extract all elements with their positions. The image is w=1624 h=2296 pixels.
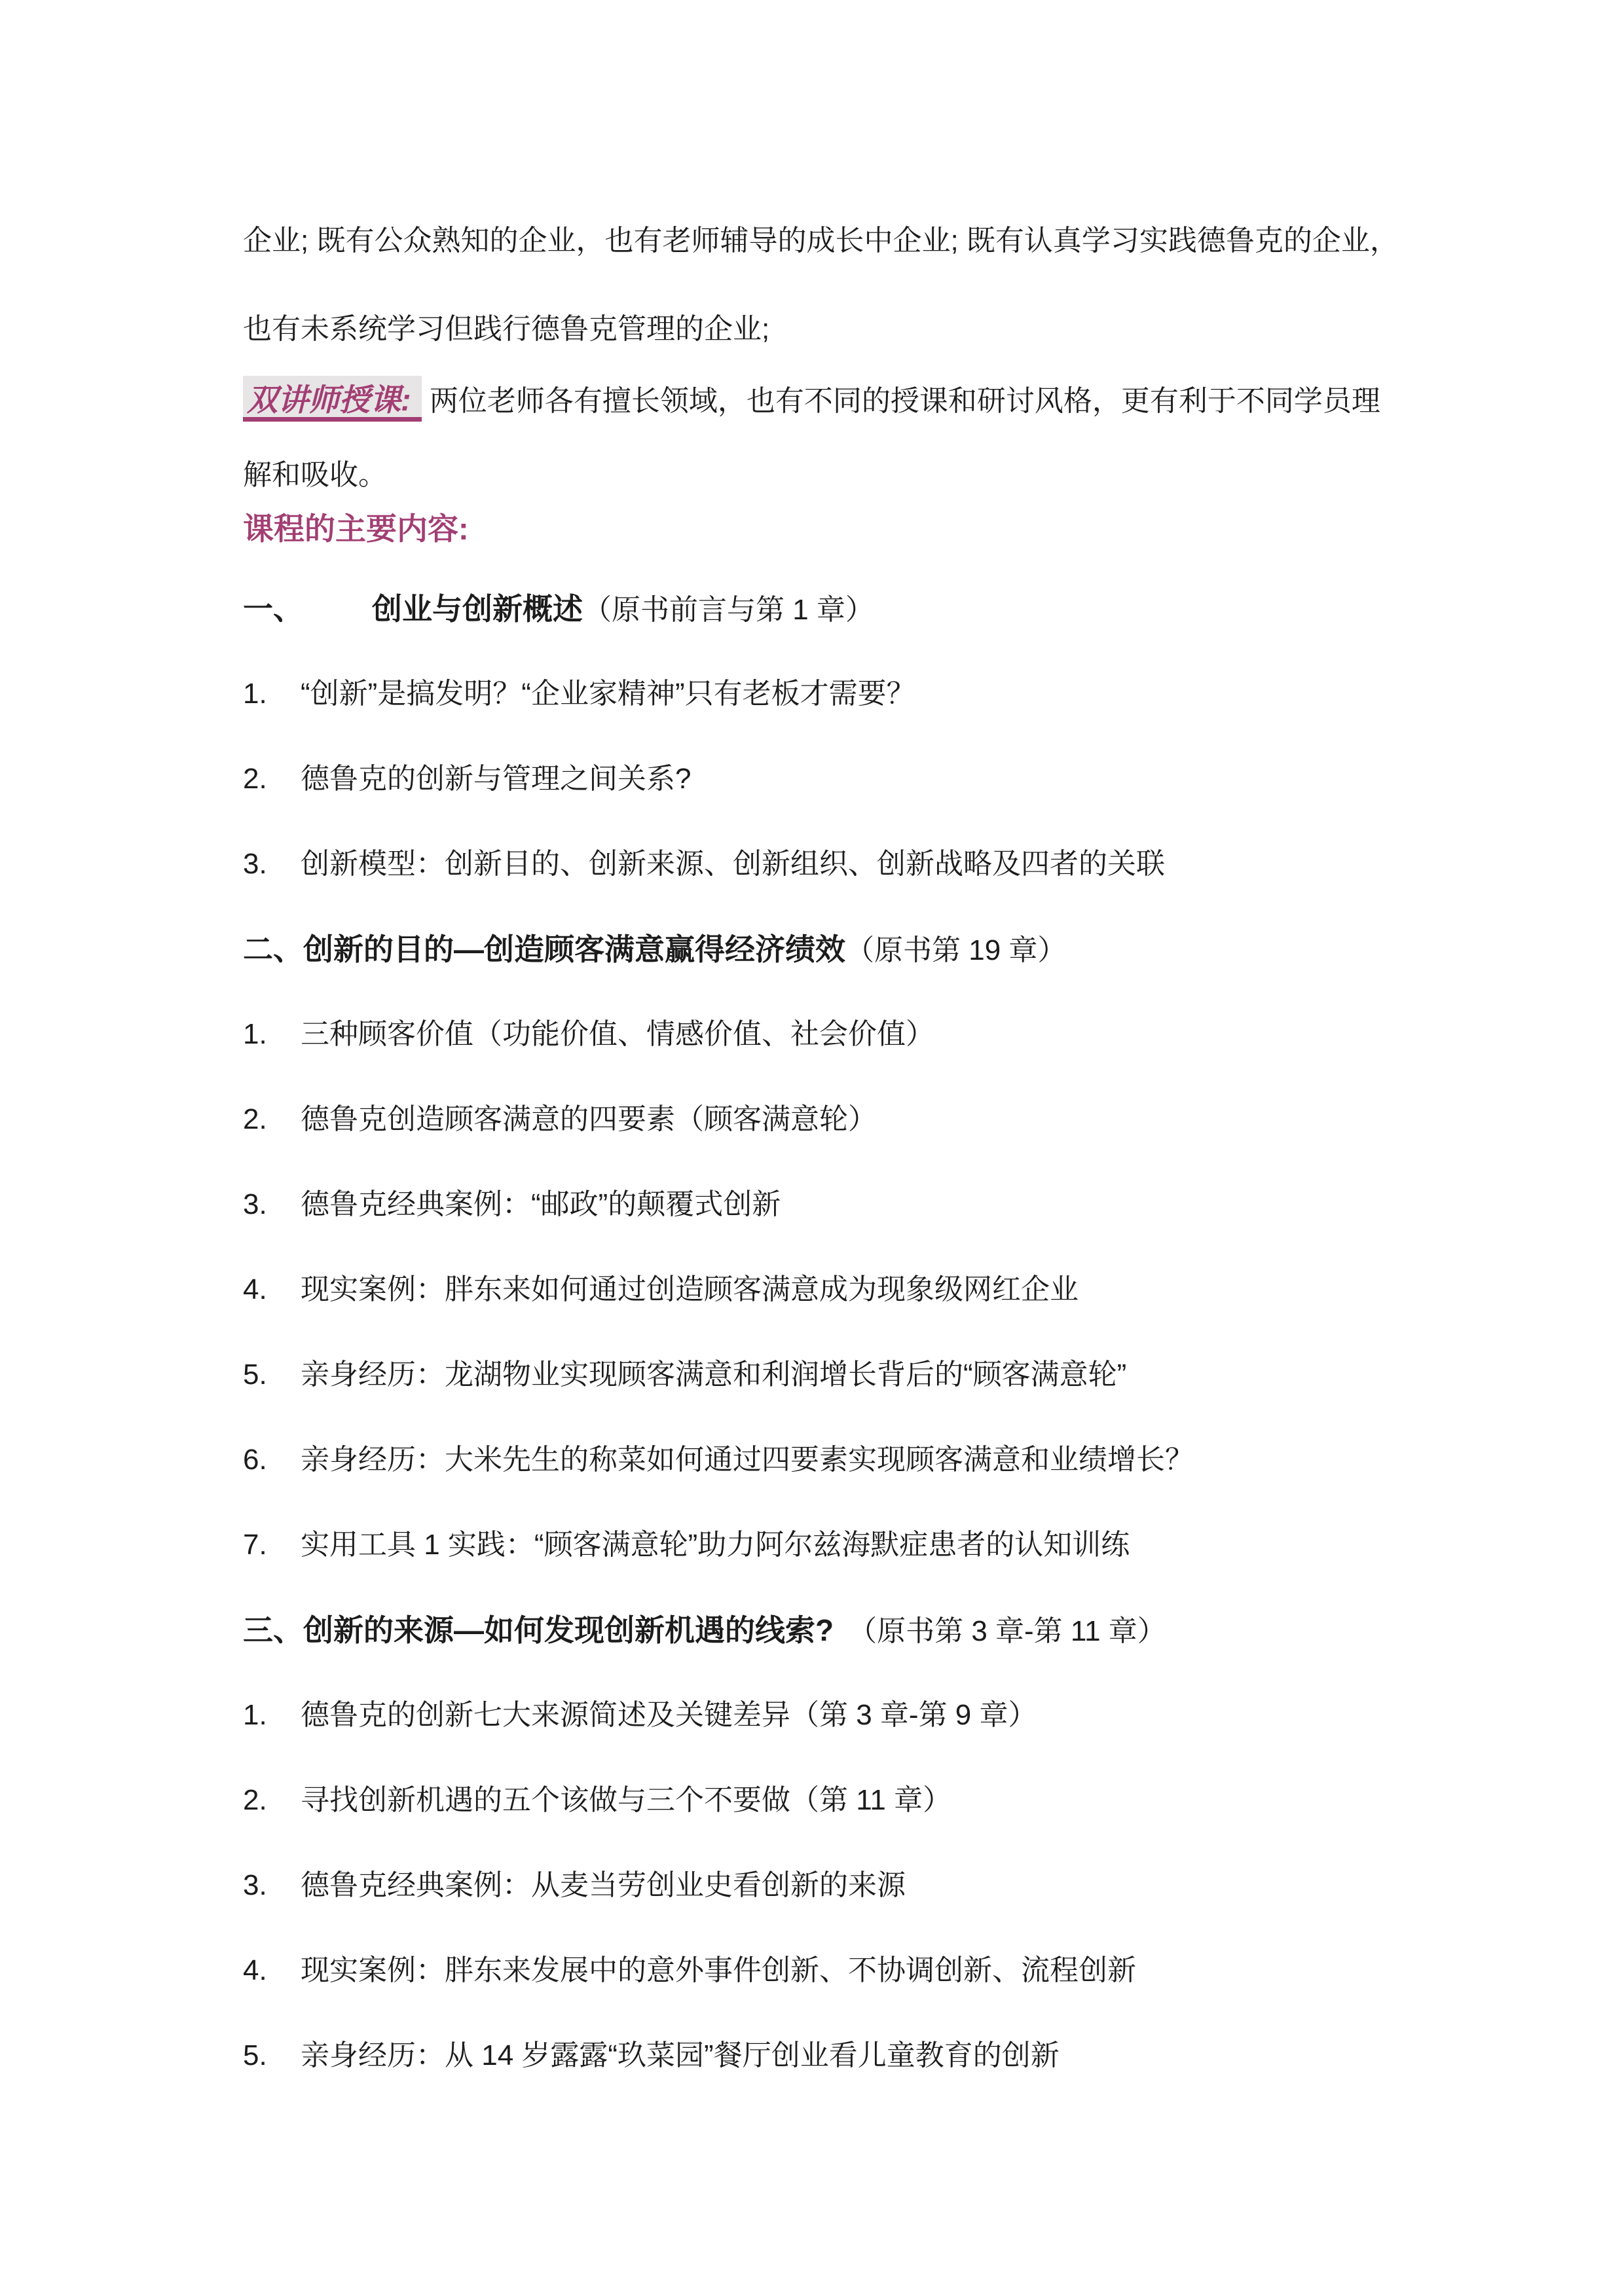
intro-line-2: 也有未系统学习但践行德鲁克管理的企业; — [243, 285, 1415, 373]
document-content: 企业; 既有公众熟知的企业，也有老师辅导的成长中企业; 既有认真学习实践德鲁克的… — [243, 196, 1415, 2098]
item-text: 亲身经历：从 14 岁露露“玖菜园”餐厅创业看儿童教育的创新 — [301, 2039, 1060, 2071]
speaker-note-text-line-2: 解和吸收。 — [243, 459, 387, 491]
item-number: 3. — [243, 1843, 301, 1928]
item-text: 亲身经历：大米先生的称菜如何通过四要素实现顾客满意和业绩增长？ — [301, 1444, 1194, 1476]
list-item: 3.德鲁克经典案例：“邮政”的颠覆式创新 — [243, 1162, 1415, 1247]
item-number: 1. — [243, 992, 301, 1077]
item-text: 创新模型：创新目的、创新来源、创新组织、创新战略及四者的关联 — [301, 848, 1165, 880]
item-number: 4. — [243, 1928, 301, 2013]
list-item: 2.寻找创新机遇的五个该做与三个不要做（第 11 章） — [243, 1758, 1415, 1843]
item-number: 3. — [243, 822, 301, 907]
section-title: 创新的来源—如何发现创新机遇的线索? — [303, 1613, 834, 1647]
list-item: 2.德鲁克创造顾客满意的四要素（顾客满意轮） — [243, 1077, 1415, 1162]
item-number: 6. — [243, 1417, 301, 1503]
list-item: 3.德鲁克经典案例：从麦当劳创业史看创新的来源 — [243, 1843, 1415, 1928]
list-item: 6.亲身经历：大米先生的称菜如何通过四要素实现顾客满意和业绩增长？ — [243, 1417, 1415, 1503]
item-number: 1. — [243, 1673, 301, 1758]
item-number: 7. — [243, 1503, 301, 1588]
item-number: 4. — [243, 1247, 301, 1332]
item-text: 德鲁克的创新七大来源简述及关键差异（第 3 章-第 9 章） — [301, 1699, 1037, 1731]
speaker-note-text-line-1: 两位老师各有擅长领域，也有不同的授课和研讨风格，更有利于不同学员理 — [422, 385, 1380, 417]
section-chapter-ref: （原书第 19 章） — [845, 934, 1066, 966]
section-chapter-ref: （原书第 3 章-第 11 章） — [834, 1615, 1166, 1647]
item-number: 5. — [243, 2013, 301, 2098]
list-item: 2.德鲁克的创新与管理之间关系? — [243, 737, 1415, 822]
item-text: 三种顾客价值（功能价值、情感价值、社会价值） — [301, 1018, 934, 1050]
item-number: 5. — [243, 1332, 301, 1417]
list-item: 1.“创新”是搞发明？“企业家精神”只有老板才需要？ — [243, 651, 1415, 737]
section-chapter-ref: （原书前言与第 1 章） — [583, 594, 874, 626]
item-text: 德鲁克经典案例：“邮政”的颠覆式创新 — [301, 1188, 781, 1220]
item-text: 现实案例：胖东来如何通过创造顾客满意成为现象级网红企业 — [301, 1273, 1079, 1305]
list-item: 3.创新模型：创新目的、创新来源、创新组织、创新战略及四者的关联 — [243, 822, 1415, 907]
section-title: 创新的目的—创造顾客满意赢得经济绩效 — [303, 932, 845, 966]
section-heading-3: 三、创新的来源—如何发现创新机遇的线索? （原书第 3 章-第 11 章） — [243, 1588, 1415, 1673]
contents-heading: 课程的主要内容: — [243, 491, 1415, 566]
intro-line-1: 企业; 既有公众熟知的企业，也有老师辅导的成长中企业; 既有认真学习实践德鲁克的… — [243, 196, 1415, 285]
item-number: 3. — [243, 1162, 301, 1247]
item-text: 寻找创新机遇的五个该做与三个不要做（第 11 章） — [301, 1784, 951, 1816]
list-item: 5.亲身经历：从 14 岁露露“玖菜园”餐厅创业看儿童教育的创新 — [243, 2013, 1415, 2098]
list-item: 7.实用工具 1 实践：“顾客满意轮”助力阿尔兹海默症患者的认知训练 — [243, 1503, 1415, 1588]
item-number: 2. — [243, 1758, 301, 1843]
item-text: 德鲁克经典案例：从麦当劳创业史看创新的来源 — [301, 1869, 906, 1901]
item-number: 2. — [243, 737, 301, 822]
section-title: 创业与创新概述 — [372, 592, 583, 626]
item-text: 现实案例：胖东来发展中的意外事件创新、不协调创新、流程创新 — [301, 1954, 1136, 1986]
document-page: 企业; 既有公众熟知的企业，也有老师辅导的成长中企业; 既有认真学习实践德鲁克的… — [0, 0, 1624, 2296]
item-number: 2. — [243, 1077, 301, 1162]
item-text: 亲身经历：龙湖物业实现顾客满意和利润增长背后的“顾客满意轮” — [301, 1358, 1126, 1391]
speaker-note-highlight-label: 双讲师授课: — [243, 376, 422, 422]
section-number: 一、 — [243, 592, 303, 626]
section-heading-1: 一、创业与创新概述（原书前言与第 1 章） — [243, 566, 1415, 651]
item-text: 德鲁克创造顾客满意的四要素（顾客满意轮） — [301, 1103, 877, 1135]
section-heading-2: 二、创新的目的—创造顾客满意赢得经济绩效（原书第 19 章） — [243, 907, 1415, 992]
section-number: 二、 — [243, 932, 303, 966]
speaker-note-paragraph: 双讲师授课: 两位老师各有擅长领域，也有不同的授课和研讨风格，更有利于不同学员理… — [243, 363, 1415, 512]
list-item: 4.现实案例：胖东来发展中的意外事件创新、不协调创新、流程创新 — [243, 1928, 1415, 2013]
list-item: 4.现实案例：胖东来如何通过创造顾客满意成为现象级网红企业 — [243, 1247, 1415, 1332]
item-text: 实用工具 1 实践：“顾客满意轮”助力阿尔兹海默症患者的认知训练 — [301, 1529, 1130, 1561]
section-number: 三、 — [243, 1613, 303, 1647]
item-text: 德鲁克的创新与管理之间关系? — [301, 763, 691, 795]
list-item: 5.亲身经历：龙湖物业实现顾客满意和利润增长背后的“顾客满意轮” — [243, 1332, 1415, 1417]
list-item: 1.三种顾客价值（功能价值、情感价值、社会价值） — [243, 992, 1415, 1077]
item-number: 1. — [243, 651, 301, 737]
list-item: 1.德鲁克的创新七大来源简述及关键差异（第 3 章-第 9 章） — [243, 1673, 1415, 1758]
item-text: “创新”是搞发明？“企业家精神”只有老板才需要？ — [301, 678, 915, 710]
